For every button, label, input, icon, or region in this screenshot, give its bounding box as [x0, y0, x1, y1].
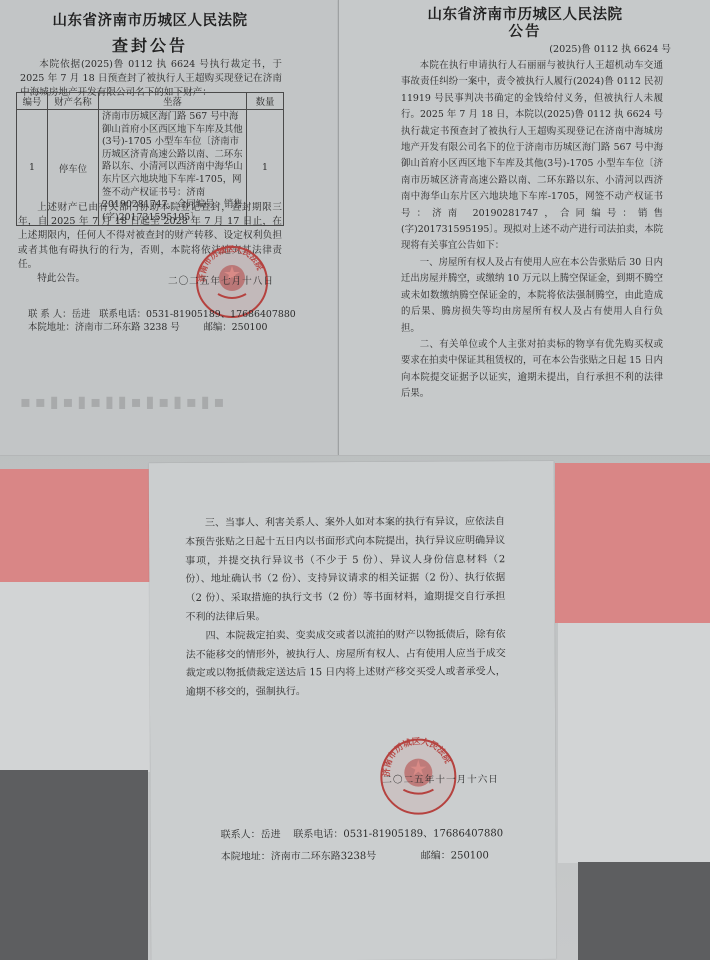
issue-date: 二〇二五年十一月十六日: [382, 771, 499, 786]
faded-residue-text: ▪▪▮▪▮▪▮▮▪▮▪▮▪▮▪: [20, 392, 300, 412]
item-three-paragraph: 三、当事人、利害关系人、案外人如对本案的执行有异议，应依法自本预告张贴之日起十五…: [185, 513, 506, 627]
item-four-paragraph: 四、本院裁定拍卖、变卖成交或者以流拍的财产以物抵债后，除有依法不能移交的情形外，…: [186, 626, 506, 703]
notice-body: 本院在执行申请执行人石丽丽与被执行人王超机动车交通事故责任纠纷一案中，责令被执行…: [401, 58, 663, 403]
notice-title: 公告: [339, 20, 710, 41]
contact-line: 联 系 人：岳进 联系电话：0531-81905189、17686407880: [28, 308, 296, 321]
col-header-name: 财产名称: [48, 93, 99, 110]
intro-paragraph: 本院在执行申请执行人石丽丽与被执行人王超机动车交通事故责任纠纷一案中，责令被执行…: [401, 58, 663, 255]
issue-date: 二〇二五年七月十八日: [168, 273, 274, 287]
address-line: 本院地址：济南市二环东路3238号 邮编：250100: [221, 845, 504, 868]
col-header-no: 编号: [17, 93, 48, 110]
col-header-qty: 数量: [247, 93, 284, 110]
wall-strip-left: [0, 582, 150, 772]
wall-strip-right: [558, 623, 710, 863]
court-name: 山东省济南市历城区人民法院: [0, 9, 300, 30]
red-board-left: [0, 469, 152, 582]
asset-table-header: 编号 财产名称 坐落 数量: [17, 93, 284, 110]
contact-line: 联系人：岳进 联系电话：0531-81905189、17686407880: [221, 823, 504, 846]
item-one-paragraph: 一、房屋所有权人及占有使用人应在本公告张贴后 30 日内迁出房屋并腾空，或缴纳 …: [401, 255, 663, 337]
auction-notice-page-2: 三、当事人、利害关系人、案外人如对本案的执行有异议，应依法自本预告张贴之日起十五…: [149, 461, 557, 960]
case-number: (2025)鲁 0112 执 6624 号: [549, 41, 671, 55]
dark-board-left: [0, 770, 148, 960]
item-two-paragraph: 二、有关单位或个人主张对拍卖标的物享有优先购买权或要求在拍卖中保证其租赁权的，可…: [401, 337, 663, 403]
dark-board-right: [578, 862, 710, 960]
address-line: 本院地址：济南市二环东路 3238 号 邮编：250100: [28, 321, 296, 334]
contact-info: 联 系 人：岳进 联系电话：0531-81905189、17686407880本…: [28, 308, 296, 334]
seizure-notice: 山东省济南市历城区人民法院 查封公告 本院依据(2025)鲁 0112 执 66…: [0, 0, 338, 455]
red-board-right: [555, 463, 710, 623]
notice-title: 查封公告: [0, 33, 300, 56]
contact-info: 联系人：岳进 联系电话：0531-81905189、17686407880本院地…: [221, 823, 504, 868]
col-header-location: 坐落: [99, 93, 247, 110]
notice-body: 三、当事人、利害关系人、案外人如对本案的执行有异议，应依法自本预告张贴之日起十五…: [185, 513, 506, 703]
auction-notice: 山东省济南市历城区人民法院 公告 (2025)鲁 0112 执 6624 号 本…: [338, 0, 710, 455]
